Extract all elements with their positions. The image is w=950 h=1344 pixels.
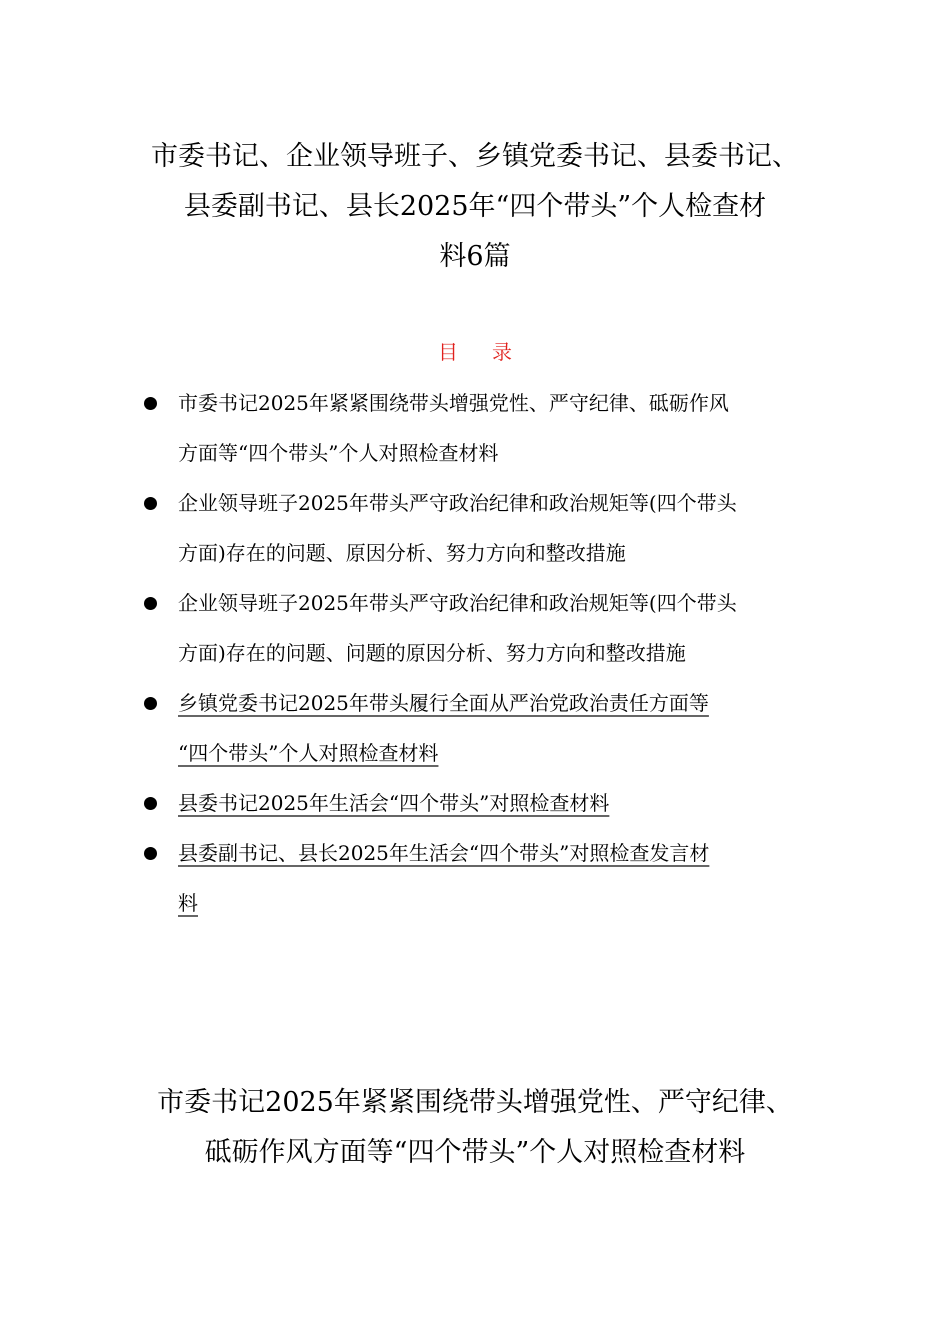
toc-item-text: 企业领导班子2025年带头严守政治纪律和政治规矩等(四个带头: [178, 591, 737, 615]
toc-item: 企业领导班子2025年带头严守政治纪律和政治规矩等(四个带头 方面)存在的问题、…: [140, 478, 820, 578]
toc-item-link[interactable]: 乡镇党委书记2025年带头履行全面从严治党政治责任方面等 “四个带头”个人对照检…: [140, 678, 820, 778]
section-title-line: 砥砺作风方面等“四个带头”个人对照检查材料: [120, 1128, 830, 1178]
toc-item: 企业领导班子2025年带头严守政治纪律和政治规矩等(四个带头 方面)存在的问题、…: [140, 578, 820, 678]
toc-item-text: 方面)存在的问题、问题的原因分析、努力方向和整改措施: [178, 641, 686, 665]
section-title-line: 市委书记2025年紧紧围绕带头增强党性、严守纪律、: [120, 1078, 830, 1128]
section-title: 市委书记2025年紧紧围绕带头增强党性、严守纪律、 砥砺作风方面等“四个带头”个…: [120, 1078, 830, 1178]
table-of-contents: 市委书记2025年紧紧围绕带头增强党性、严守纪律、砥砺作风 方面等“四个带头”个…: [140, 378, 820, 928]
title-line: 料6篇: [120, 232, 830, 282]
title-line: 市委书记、企业领导班子、乡镇党委书记、县委书记、: [120, 132, 830, 182]
bullet-icon: [144, 847, 157, 860]
toc-link-text[interactable]: 料: [178, 891, 198, 915]
toc-item: 市委书记2025年紧紧围绕带头增强党性、严守纪律、砥砺作风 方面等“四个带头”个…: [140, 378, 820, 478]
bullet-icon: [144, 497, 157, 510]
toc-item-text: 方面)存在的问题、原因分析、努力方向和整改措施: [178, 541, 626, 565]
toc-item-text: 市委书记2025年紧紧围绕带头增强党性、严守纪律、砥砺作风: [178, 391, 729, 415]
bullet-icon: [144, 397, 157, 410]
toc-item-text: 企业领导班子2025年带头严守政治纪律和政治规矩等(四个带头: [178, 491, 737, 515]
toc-link-text[interactable]: 县委书记2025年生活会“四个带头”对照检查材料: [178, 791, 609, 815]
bullet-icon: [144, 597, 157, 610]
bullet-icon: [144, 697, 157, 710]
toc-link-text[interactable]: “四个带头”个人对照检查材料: [178, 741, 438, 765]
title-line: 县委副书记、县长2025年“四个带头”个人检查材: [120, 182, 830, 232]
toc-item-link[interactable]: 县委书记2025年生活会“四个带头”对照检查材料: [140, 778, 820, 828]
document-title: 市委书记、企业领导班子、乡镇党委书记、县委书记、 县委副书记、县长2025年“四…: [120, 132, 830, 282]
toc-item-text: 方面等“四个带头”个人对照检查材料: [178, 441, 498, 465]
toc-heading: 目录: [0, 336, 950, 365]
toc-link-text[interactable]: 乡镇党委书记2025年带头履行全面从严治党政治责任方面等: [178, 691, 709, 715]
toc-link-text[interactable]: 县委副书记、县长2025年生活会“四个带头”对照检查发言材: [178, 841, 709, 865]
bullet-icon: [144, 797, 157, 810]
toc-item-link[interactable]: 县委副书记、县长2025年生活会“四个带头”对照检查发言材 料: [140, 828, 820, 928]
